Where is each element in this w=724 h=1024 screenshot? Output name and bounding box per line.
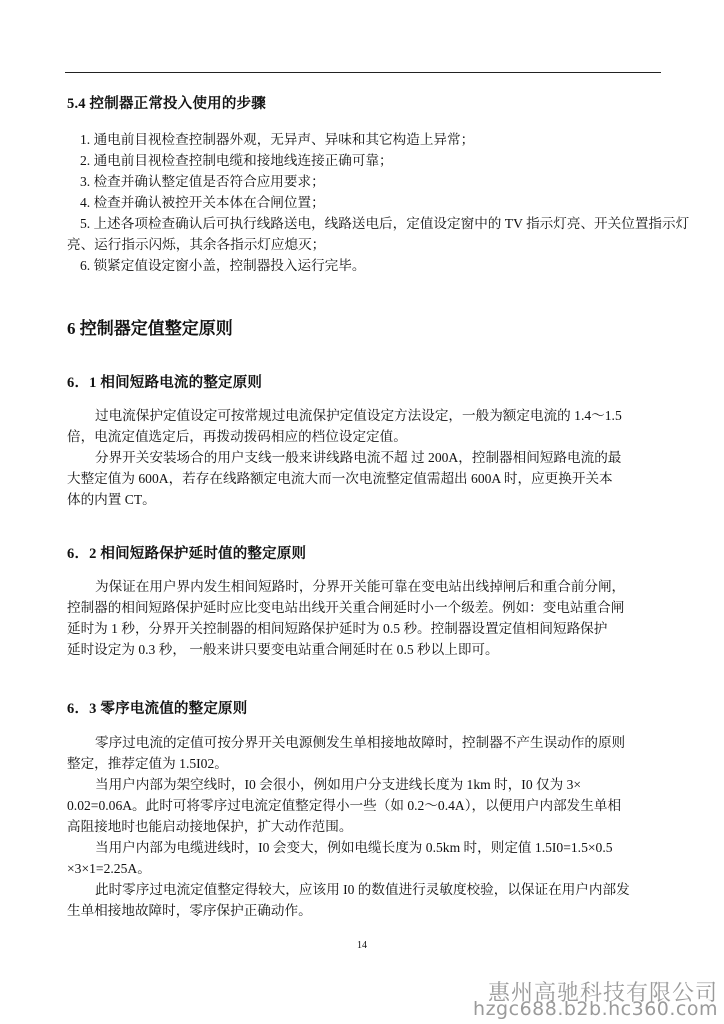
chapter-6-title: 6 控制器定值整定原则 xyxy=(67,314,233,339)
paragraph-line: 分界开关安装场合的用户支线一般来讲线路电流不超 过 200A，控制器相间短路电流… xyxy=(95,448,621,468)
paragraph-line: 整定，推荐定值为 1.5I02。 xyxy=(67,754,228,774)
paragraph-line: 当用户内部为架空线时，I0 会很小，例如用户分支进线长度为 1km 时，I0 仅… xyxy=(95,775,581,795)
list-item: 5. 上述各项检查确认后可执行线路送电，线路送电后，定值设定窗中的 TV 指示灯… xyxy=(80,214,689,234)
paragraph-line: 延时为 1 秒，分界开关控制器的相间短路保护延时为 0.5 秒。控制器设置定值相… xyxy=(67,619,607,639)
list-item: 6. 锁紧定值设定窗小盖，控制器投入运行完毕。 xyxy=(80,256,365,276)
section-6-1-title: 6．1 相间短路电流的整定原则 xyxy=(67,371,262,392)
header-rule xyxy=(65,72,661,73)
paragraph-line: 体的内置 CT。 xyxy=(67,490,156,510)
paragraph-line: 控制器的相间短路保护延时应比变电站出线开关重合闸延时小一个级差。例如：变电站重合… xyxy=(67,598,624,618)
paragraph-line: 此时零序过电流定值整定得较大，应该用 I0 的数值进行灵敏度校验，以保证在用户内… xyxy=(95,880,630,900)
list-item: 1. 通电前目视检查控制器外观，无异声、异味和其它构造上异常； xyxy=(80,130,474,150)
paragraph-line: 过电流保护定值设定可按常规过电流保护定值设定方法设定，一般为额定电流的 1.4～… xyxy=(95,406,622,426)
watermark-url: hzgc688.b2b.hc360.com xyxy=(473,998,718,1020)
list-item-continuation: 亮、运行指示闪烁，其余各指示灯应熄灭； xyxy=(67,235,325,255)
paragraph-line: 为保证在用户界内发生相间短路时，分界开关能可靠在变电站出线掉闸后和重合前分闸， xyxy=(95,577,625,597)
section-6-3-title: 6．3 零序电流值的整定原则 xyxy=(67,697,247,718)
list-item: 2. 通电前目视检查控制电缆和接地线连接正确可靠； xyxy=(80,151,393,171)
list-item: 3. 检查并确认整定值是否符合应用要求； xyxy=(80,172,325,192)
paragraph-line: 生单相接地故障时，零序保护正确动作。 xyxy=(67,901,312,921)
paragraph-line: 高阻接地时也能启动接地保护，扩大动作范围。 xyxy=(67,817,352,837)
section-6-2-title: 6．2 相间短路保护延时值的整定原则 xyxy=(67,542,306,563)
section-5-4-title: 5.4 控制器正常投入使用的步骤 xyxy=(67,92,266,113)
paragraph-line: 倍，电流定值选定后，再拨动拨码相应的档位设定定值。 xyxy=(67,427,407,447)
paragraph-line: 0.02=0.06A。此时可将零序过电流定值整定得小一些（如 0.2～0.4A）… xyxy=(67,796,621,816)
list-item: 4. 检查并确认被控开关本体在合闸位置； xyxy=(80,193,325,213)
paragraph-line: 大整定值为 600A，若存在线路额定电流大而一次电流整定值需超出 600A 时，… xyxy=(67,469,613,489)
paragraph-line: 当用户内部为电缆进线时，I0 会变大，例如电缆长度为 0.5km 时，则定值 1… xyxy=(95,838,613,858)
paragraph-line: 延时设定为 0.3 秒， 一般来讲只要变电站重合闸延时在 0.5 秒以上即可。 xyxy=(67,640,499,660)
page-number: 14 xyxy=(357,940,367,951)
paragraph-line: 零序过电流的定值可按分界开关电源侧发生单相接地故障时，控制器不产生误动作的原则 xyxy=(95,733,625,753)
paragraph-line: ×3×1=2.25A。 xyxy=(67,859,151,879)
